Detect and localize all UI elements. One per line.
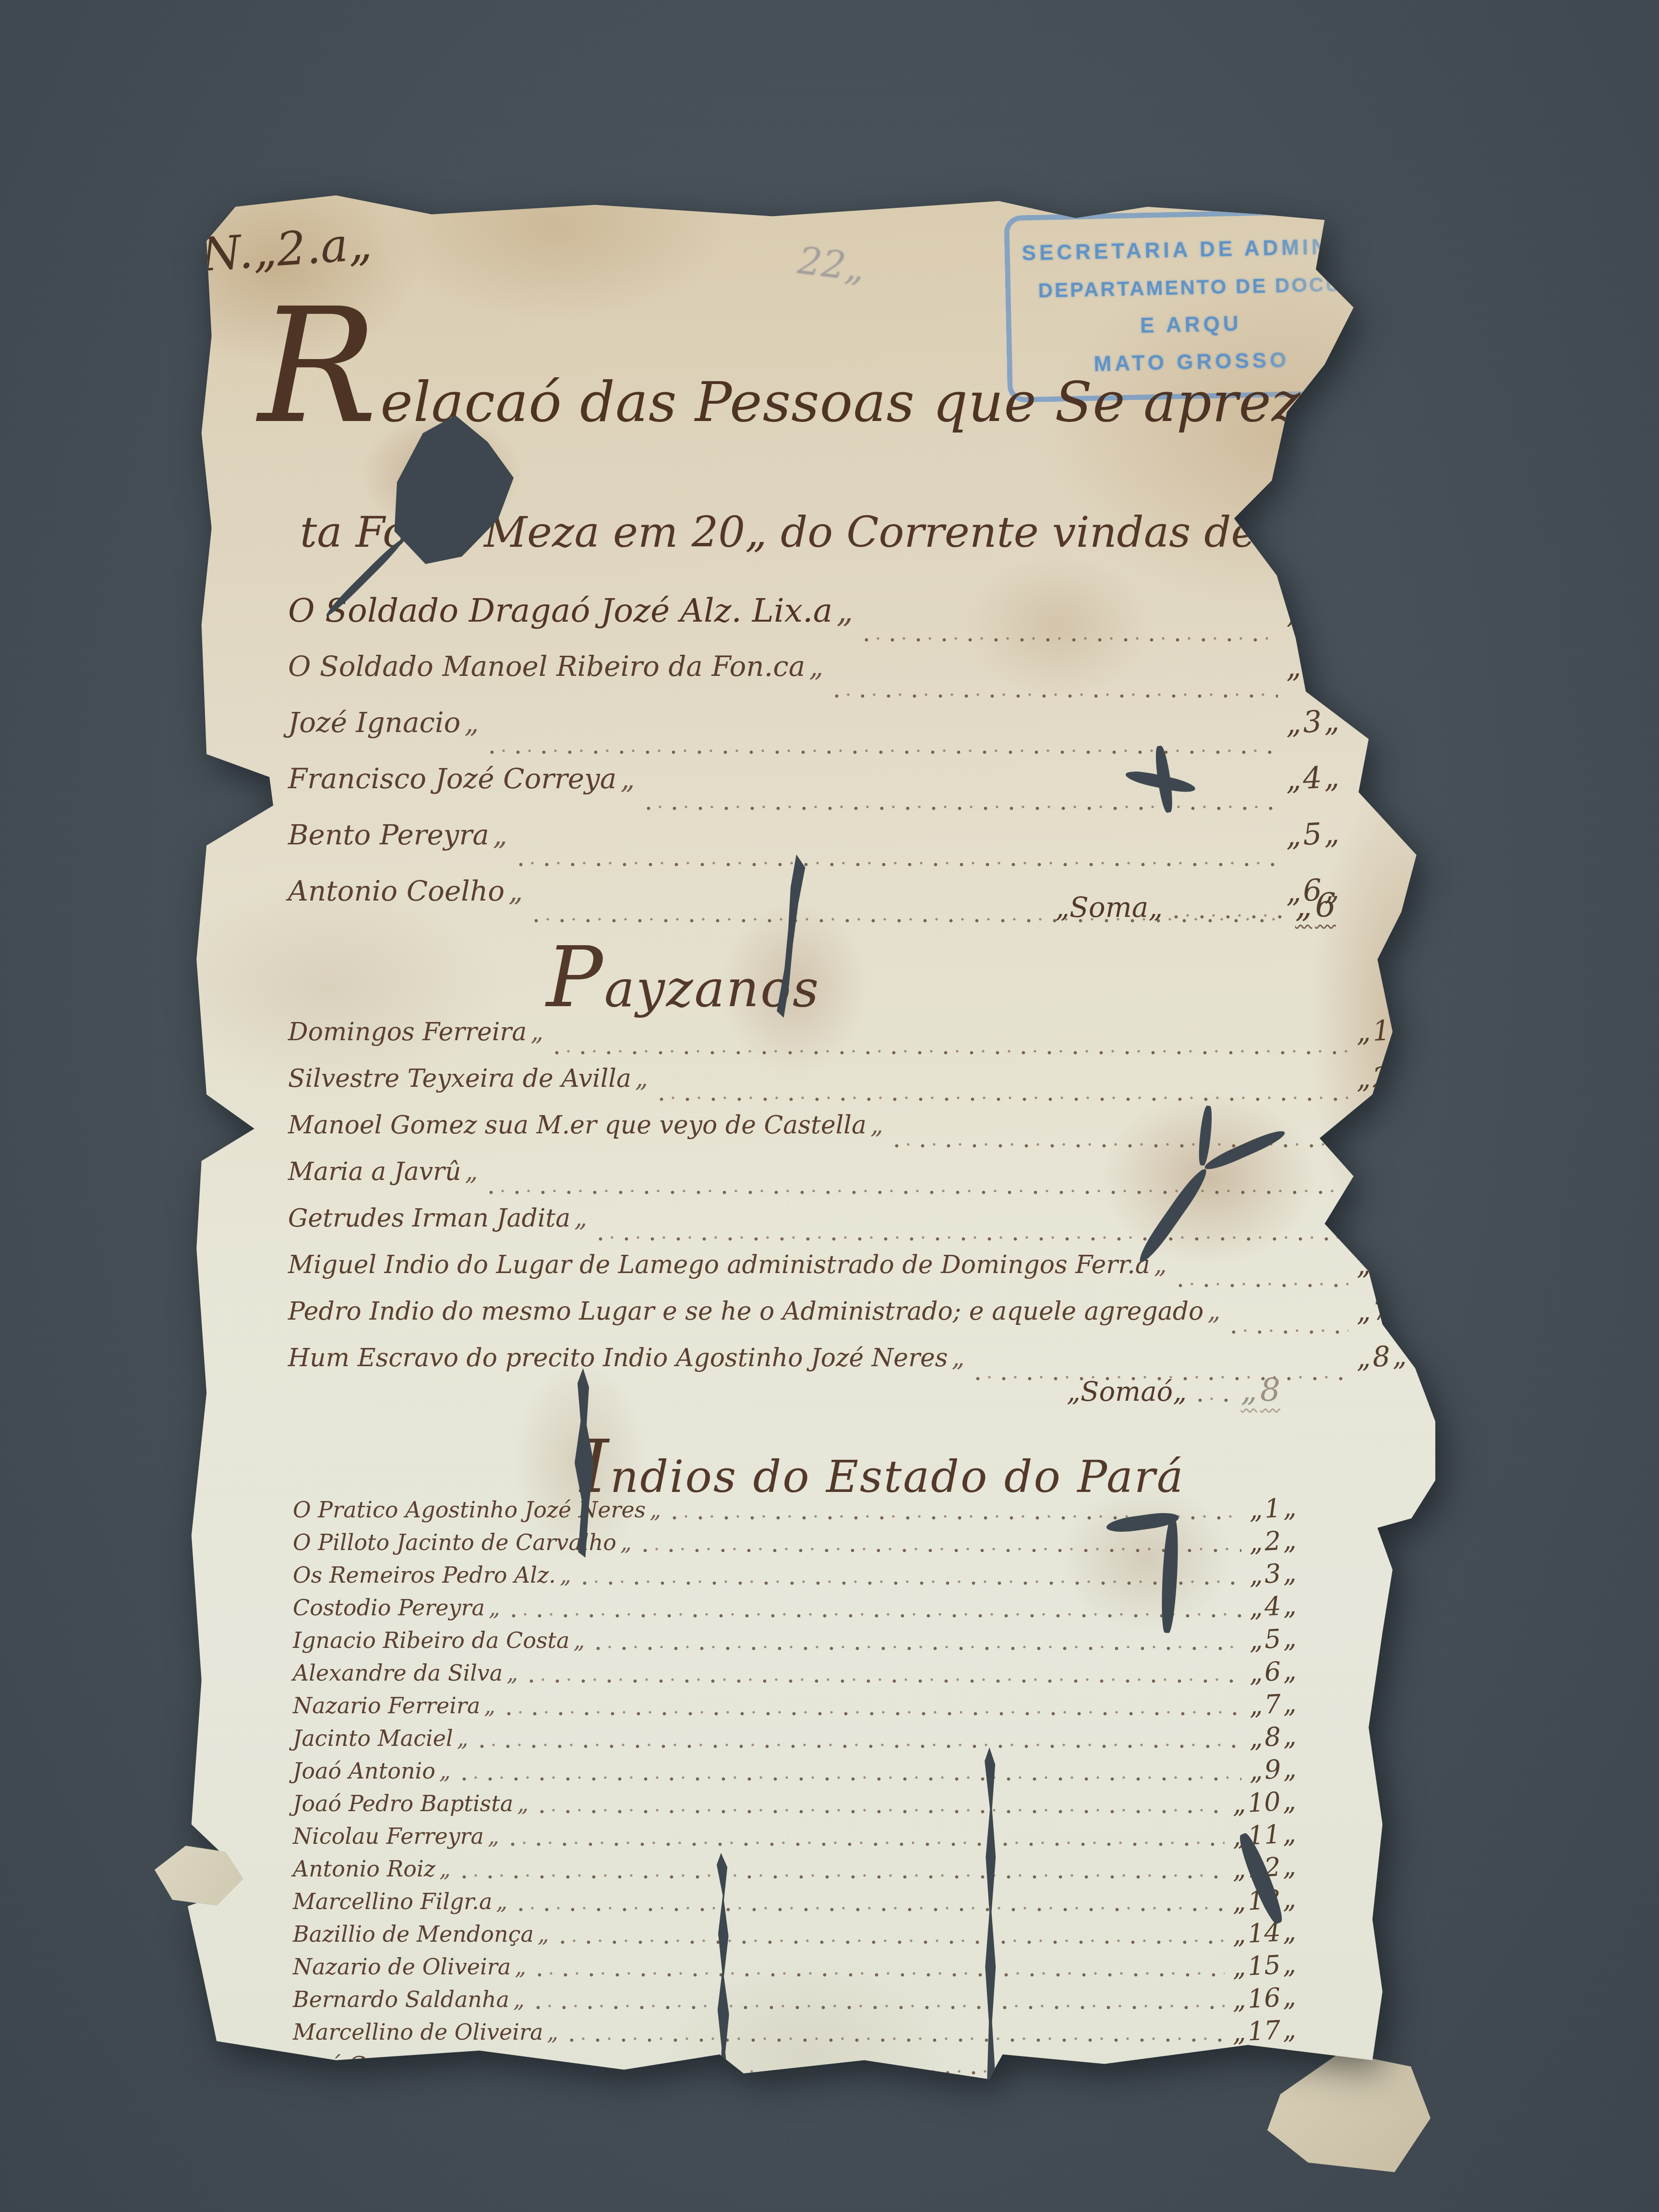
entry-number: 1 <box>1248 1492 1297 1525</box>
entry-number: 2 <box>1248 1525 1297 1557</box>
dotted-leader <box>518 860 1278 868</box>
entry-name: Joaó Antonio <box>293 1758 451 1784</box>
entry-number: 10 <box>1232 1786 1297 1819</box>
dotted-leader <box>537 1971 1225 1978</box>
document-number: N.„2.a„ <box>199 216 374 282</box>
entry-name: Nazario Ferreira <box>293 1693 495 1719</box>
entry-number: 5 <box>1248 1623 1297 1655</box>
entry-name: Nicolau Ferreyra <box>293 1823 499 1849</box>
entry-number: 4 <box>1355 1153 1407 1188</box>
dotted-leader <box>1173 913 1287 920</box>
dotted-leader <box>834 692 1278 699</box>
list-entry: Maria a Javrû4 <box>288 1154 1407 1201</box>
entry-number: 3 <box>1248 1557 1297 1590</box>
entry-number: 1 <box>1285 592 1340 630</box>
list-entry: Joaó Antonio9 <box>293 1755 1296 1787</box>
list-entry: Ignacio Ribeiro da Costa5 <box>293 1624 1296 1657</box>
soma-value: 6 <box>1295 887 1336 925</box>
dotted-leader <box>506 1709 1241 1717</box>
pencil-note: 22„ <box>795 240 867 290</box>
soma-row-soldados: „Soma„6 <box>1055 887 1336 925</box>
entry-number: 14 <box>1232 1916 1297 1950</box>
title-initial: R <box>258 323 377 410</box>
entry-number: 6 <box>1355 1246 1407 1281</box>
list-entry: Antonio Roiz12 <box>293 1852 1296 1885</box>
entry-number: 8 <box>1355 1339 1407 1374</box>
dotted-leader <box>529 1677 1241 1684</box>
entry-name: Maria a Javrû <box>288 1157 478 1186</box>
soma-row-payzanos: „Somaó„8 <box>1067 1371 1280 1408</box>
list-entry: Nazario Ferreira7 <box>293 1689 1296 1722</box>
soma-label: „Soma„ <box>1055 891 1163 924</box>
list-entry: Jacinto Maciel8 <box>293 1722 1296 1755</box>
entry-number: 9 <box>1248 1753 1297 1786</box>
entry-name: Bazillio de Mendonça <box>293 1921 549 1947</box>
dotted-leader <box>560 1938 1225 1946</box>
dotted-leader <box>1231 1328 1348 1335</box>
dotted-leader <box>582 1579 1241 1587</box>
dotted-leader <box>510 1840 1225 1848</box>
entry-number: 2 <box>1355 1059 1407 1094</box>
dotted-leader <box>461 1873 1225 1880</box>
dotted-leader <box>659 1095 1348 1103</box>
document-title-line2: ta Forta Meza em 20„ do Corrente vindas … <box>300 507 1659 557</box>
entry-number: 4 <box>1248 1590 1297 1623</box>
entry-name: Ignacio Ribeiro da Costa <box>293 1627 585 1653</box>
dotted-leader <box>452 2068 1225 2076</box>
stamp-text-line: DEPARTAMENTO DE DOCU <box>1022 265 1358 310</box>
list-entry: Marcellino Filgr.a13 <box>293 1885 1296 1918</box>
list-entry: Domingos Ferreira1 <box>288 1014 1407 1061</box>
entry-name: Nazario de Oliveira <box>293 1954 526 1980</box>
entry-number: 5 <box>1355 1199 1407 1234</box>
dotted-leader <box>511 1611 1241 1619</box>
entry-number: 15 <box>1232 1949 1297 1983</box>
entry-number: 6 <box>1248 1655 1297 1688</box>
entry-number: 16 <box>1232 1982 1297 2015</box>
entry-name: Getrudes Irman Jadita <box>288 1204 587 1233</box>
entry-name: Bernardo Saldanha <box>293 1986 525 2012</box>
dotted-leader <box>864 636 1278 643</box>
list-indios: O Pratico Agostinho Jozé Neres1O Pilloto… <box>293 1493 1296 2081</box>
entry-number: 8 <box>1248 1720 1297 1753</box>
entry-name: Hum Escravo do precito Indio Agostinho J… <box>288 1344 964 1372</box>
list-entry: Nicolau Ferreyra11 <box>293 1820 1296 1852</box>
list-entry: O Soldado Dragaó Jozé Alz. Lix.a1 <box>288 592 1339 648</box>
entry-number: 3 <box>1285 703 1340 741</box>
list-entry: Jozé Ignacio3 <box>288 704 1339 760</box>
entry-name: Alexandre da Silva <box>293 1660 518 1686</box>
entry-name: Antonio Coelho <box>288 875 523 907</box>
list-entry: Joaó Cervez18 <box>293 2048 1296 2081</box>
dotted-leader <box>535 2003 1225 2011</box>
list-entry: O Pilloto Jacinto de Carvalho2 <box>293 1526 1296 1559</box>
list-entry: Miguel Indio do Lugar de Lamego administ… <box>288 1247 1407 1294</box>
list-entry: O Soldado Manoel Ribeiro da Fon.ca2 <box>288 648 1339 704</box>
entry-name: Costodio Pereyra <box>293 1595 500 1621</box>
list-entry: Pedro Indio do mesmo Lugar e se he o Adm… <box>288 1294 1407 1340</box>
list-entry: Bazillio de Mendonça14 <box>293 1918 1296 1950</box>
list-entry: Getrudes Irman Jadita5 <box>288 1201 1407 1247</box>
dotted-leader <box>894 1142 1348 1149</box>
dotted-leader <box>554 1048 1348 1056</box>
list-entry: Marcellino de Oliveira17 <box>293 2016 1296 2048</box>
entry-name: O Soldado Dragaó Jozé Alz. Lix.a <box>288 592 853 630</box>
stamp-text-line: SECRETARIA DE ADMINIS <box>1021 228 1358 273</box>
entry-number: 2 <box>1285 647 1340 685</box>
list-entry: Silvestre Teyxeira de Avilla2 <box>288 1061 1407 1107</box>
title-text: elacaó das Pessoas que Se aprezentaraó n… <box>380 370 1604 434</box>
entry-name: Marcellino de Oliveira <box>293 2019 558 2045</box>
entry-name: Jacinto Maciel <box>293 1725 469 1751</box>
entry-name: O Pratico Agostinho Jozé Neres <box>293 1497 661 1523</box>
dotted-leader <box>595 1644 1241 1652</box>
dotted-leader <box>642 1546 1241 1554</box>
entry-name: Os Remeiros Pedro Alz. <box>293 1562 571 1588</box>
entry-name: Miguel Indio do Lugar de Lamego administ… <box>288 1250 1167 1279</box>
entry-number: 7 <box>1248 1688 1297 1720</box>
entry-number: 3 <box>1355 1106 1407 1141</box>
dotted-leader <box>461 1775 1241 1782</box>
dotted-leader <box>569 2036 1225 2044</box>
manuscript-sheet: SECRETARIA DE ADMINISDEPARTAMENTO DE DOC… <box>178 190 1435 2091</box>
dotted-leader <box>1178 1281 1348 1289</box>
dotted-leader <box>488 1188 1348 1196</box>
entry-name: Manoel Gomez sua M.er que veyo de Castel… <box>288 1111 883 1140</box>
entry-name: O Soldado Manoel Ribeiro da Fon.ca <box>288 650 823 683</box>
paper-surface: SECRETARIA DE ADMINISDEPARTAMENTO DE DOC… <box>178 190 1435 2091</box>
entry-name: Joaó Pedro Baptista <box>293 1791 529 1816</box>
list-entry: Alexandre da Silva6 <box>293 1657 1296 1689</box>
list-entry: Joaó Pedro Baptista10 <box>293 1787 1296 1820</box>
entry-name: Jozé Ignacio <box>288 706 479 739</box>
entry-name: Domingos Ferreira <box>288 1018 543 1046</box>
entry-number: 18 <box>1232 2047 1297 2080</box>
photograph-of-manuscript: { "page": { "corner_number": "N.„2.a„", … <box>0 0 1659 2212</box>
dotted-leader <box>539 1807 1225 1815</box>
dotted-leader <box>646 804 1278 812</box>
dotted-leader <box>518 1905 1225 1913</box>
entry-name: Joaó Cervez <box>293 2052 442 2078</box>
entry-number: 1 <box>1355 1013 1407 1048</box>
entry-number: 17 <box>1232 2014 1297 2048</box>
list-entry: Nazario de Oliveira15 <box>293 1950 1296 1983</box>
list-soldados: O Soldado Dragaó Jozé Alz. Lix.a1O Solda… <box>288 592 1339 929</box>
list-entry: Os Remeiros Pedro Alz.3 <box>293 1559 1296 1591</box>
list-payzanos: Domingos Ferreira1Silvestre Teyxeira de … <box>288 1014 1407 1387</box>
entry-name: Bento Pereyra <box>288 818 507 851</box>
dotted-leader <box>479 1742 1241 1750</box>
entry-name: Antonio Roiz <box>293 1856 451 1882</box>
list-entry: Bento Pereyra5 <box>288 817 1339 873</box>
list-entry: Costodio Pereyra4 <box>293 1591 1296 1624</box>
soma-value: 8 <box>1241 1371 1280 1408</box>
document-title-line1: R elacaó das Pessoas que Se aprezentaraó… <box>258 323 1605 434</box>
entry-name: Marcellino Filgr.a <box>293 1888 507 1914</box>
entry-number: 4 <box>1285 759 1340 797</box>
entry-number: 5 <box>1285 815 1340 853</box>
entry-number: 7 <box>1355 1292 1407 1327</box>
list-entry: Bernardo Saldanha16 <box>293 1983 1296 2016</box>
entry-name: Francisco Jozé Correya <box>288 762 635 795</box>
dotted-leader <box>598 1235 1348 1242</box>
dotted-leader <box>1197 1396 1233 1404</box>
entry-name: Pedro Indio do mesmo Lugar e se he o Adm… <box>288 1297 1220 1326</box>
entry-name: Silvestre Teyxeira de Avilla <box>288 1064 648 1093</box>
soma-label: „Somaó„ <box>1067 1376 1187 1407</box>
